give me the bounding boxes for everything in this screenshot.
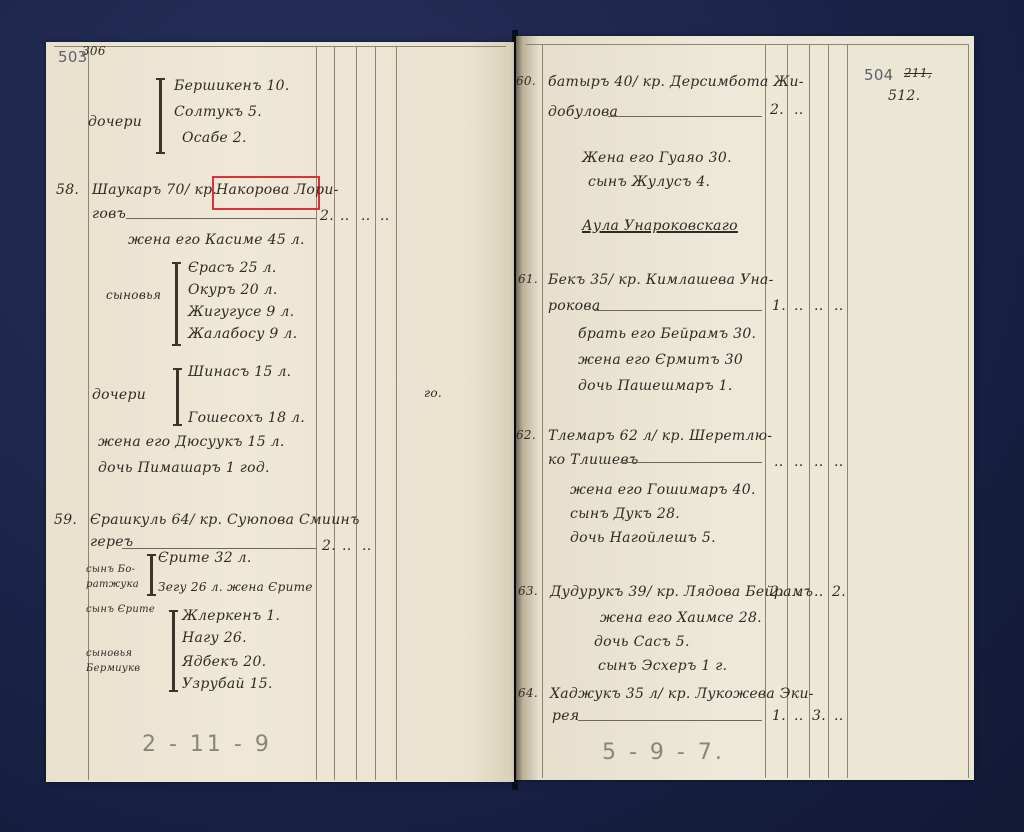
count-cell: .. xyxy=(794,298,804,314)
count-cell: 2. xyxy=(832,584,846,600)
count-cell: .. xyxy=(814,454,824,470)
entry-number: 58. xyxy=(56,182,79,198)
page-number-ink: 512. xyxy=(888,88,920,104)
family-member: жена его Єрмитъ 30 xyxy=(578,352,743,368)
family-member: Жигугусе 9 л. xyxy=(188,304,294,320)
right-margin-rule xyxy=(968,44,969,778)
count-cell: 2. xyxy=(770,102,784,118)
family-member: сынъ Дукъ 28. xyxy=(570,506,680,522)
count-cell: .. xyxy=(794,708,804,724)
top-rule xyxy=(526,44,968,45)
family-member: жена его Хаимсе 28. xyxy=(600,610,762,626)
group-label: дочери xyxy=(92,387,146,403)
entry-rule xyxy=(122,548,316,549)
section-heading: Аула Унароковскаго xyxy=(582,218,738,234)
family-member: Ядбекъ 20. xyxy=(182,654,266,670)
family-member: Єрите 32 л. xyxy=(158,550,252,566)
family-member: Єрасъ 25 л. xyxy=(188,260,277,276)
page-number-ink: 306 xyxy=(82,44,106,58)
family-member: Бершикенъ 10. xyxy=(174,78,290,94)
family-bracket xyxy=(172,610,175,692)
count-cell: .. xyxy=(794,454,804,470)
count-cell: .. xyxy=(794,102,804,118)
count-cell: 2. xyxy=(320,208,334,224)
entry-number: 61. xyxy=(518,272,538,286)
entry-head-cont: ко Тлишевъ xyxy=(548,452,639,468)
count-column-rule-2 xyxy=(787,44,788,778)
entry-rule xyxy=(594,310,762,311)
entry-head-highlighted: Накорова Лори- xyxy=(216,182,339,198)
group-label: сынъ Бо-ратжука xyxy=(86,562,146,592)
tally-footer: 5 - 9 - 7. xyxy=(602,740,725,765)
family-member: дочь Пашешмаръ 1. xyxy=(578,378,733,394)
count-cell: .. xyxy=(814,584,824,600)
count-column-rule-2 xyxy=(334,46,335,780)
family-bracket xyxy=(159,78,162,154)
family-member: Жлеркенъ 1. xyxy=(182,608,280,624)
count-column-rule-1 xyxy=(316,46,317,780)
count-cell: 1. xyxy=(772,708,786,724)
count-cell: 1. xyxy=(772,298,786,314)
count-column-rule-1 xyxy=(765,44,766,778)
family-member: Зегу 26 л. жена Єрите xyxy=(158,580,313,594)
family-member: Жалабосу 9 л. xyxy=(188,326,297,342)
tally-footer: 2 - 11 - 9 xyxy=(142,732,272,757)
entry-rule xyxy=(126,218,316,219)
count-cell: .. xyxy=(792,584,802,600)
entry-number: 63. xyxy=(518,584,538,598)
family-member: дочь Сасъ 5. xyxy=(594,634,690,650)
entry-head-cont: добулова xyxy=(548,104,618,120)
family-member: Гошесохъ 18 л. xyxy=(188,410,305,426)
entry-head: Бекъ 35/ кр. Кимлашева Уна- xyxy=(548,272,774,288)
family-member: жена его Гошимаръ 40. xyxy=(570,482,756,498)
count-column-rule-5 xyxy=(396,46,397,780)
top-rule xyxy=(54,46,506,47)
entry-rule xyxy=(608,116,762,117)
family-bracket xyxy=(176,368,179,426)
family-member: Окуръ 20 л. xyxy=(188,282,278,298)
count-cell: .. xyxy=(814,298,824,314)
entry-head: Єрашкуль 64/ кр. Суюпова Смиинъ xyxy=(90,512,360,528)
page-number-pencil: 504 xyxy=(864,66,894,84)
count-column-rule-5 xyxy=(847,44,848,778)
count-cell: .. xyxy=(380,208,390,224)
count-column-rule-4 xyxy=(828,44,829,778)
count-cell: .. xyxy=(362,538,372,554)
family-member: Жена его Гуаяо 30. xyxy=(582,150,732,166)
count-column-rule-3 xyxy=(356,46,357,780)
count-cell: .. xyxy=(340,208,350,224)
count-column-rule-3 xyxy=(809,44,810,778)
family-member: сынъ Жулусъ 4. xyxy=(588,174,710,190)
family-bracket xyxy=(150,554,153,596)
count-cell: .. xyxy=(834,708,844,724)
page-number-struck: 211, xyxy=(904,66,932,80)
count-cell: .. xyxy=(342,538,352,554)
count-cell: 3. xyxy=(812,708,826,724)
entry-number: 60. xyxy=(516,74,536,88)
margin-note: го. xyxy=(424,386,442,400)
entry-head: батыръ 40/ кр. Дерсимбота Жи- xyxy=(548,74,804,90)
family-member: Шинасъ 15 л. xyxy=(188,364,291,380)
family-member: Узрубай 15. xyxy=(182,676,273,692)
entry-head-cont: рокова xyxy=(548,298,600,314)
family-member: сынъ Эсхеръ 1 г. xyxy=(598,658,727,674)
right-page: 504 211, 512. 60. батыръ 40/ кр. Дерсимб… xyxy=(516,36,974,780)
count-column-rule-4 xyxy=(375,46,376,780)
family-member: брать его Бейрамъ 30. xyxy=(578,326,756,342)
entry-number: 59. xyxy=(54,512,77,528)
family-member: Нагу 26. xyxy=(182,630,247,646)
count-cell: .. xyxy=(834,454,844,470)
entry-head-cont: говъ xyxy=(92,206,126,222)
entry-head: Хаджукъ 35 л/ кр. Лукожева Эки- xyxy=(550,686,814,702)
family-member: сынъ Єрите xyxy=(86,604,155,615)
group-label: сыновья xyxy=(106,288,161,302)
family-member: жена его Дюсуукъ 15 л. xyxy=(98,434,285,450)
family-member: дочь Нагойлешъ 5. xyxy=(570,530,716,546)
entry-head: Тлемаръ 62 л/ кр. Шеретлю- xyxy=(548,428,772,444)
number-column-rule xyxy=(542,44,543,778)
count-cell: .. xyxy=(361,208,371,224)
entry-rule xyxy=(578,720,762,721)
family-bracket xyxy=(175,262,178,346)
count-cell: 2. xyxy=(322,538,336,554)
family-member: жена его Касиме 45 л. xyxy=(128,232,305,248)
count-cell: .. xyxy=(834,298,844,314)
entry-rule xyxy=(620,462,762,463)
group-label: дочери xyxy=(88,114,142,130)
entry-number: 64. xyxy=(518,686,538,700)
left-page: 503 306 дочери Бершикенъ 10. Солтукъ 5. … xyxy=(46,42,514,782)
entry-head: Шаукаръ 70/ кр. xyxy=(92,182,217,198)
entry-number: 62. xyxy=(516,428,536,442)
group-label: сыновья Бермиукв xyxy=(86,646,166,676)
count-cell: .. xyxy=(774,454,784,470)
family-member: дочь Пимашаръ 1 год. xyxy=(98,460,270,476)
entry-head-cont: рея xyxy=(552,708,579,724)
family-member: Солтукъ 5. xyxy=(174,104,262,120)
count-cell: 2. xyxy=(770,584,784,600)
family-member: Осабе 2. xyxy=(182,130,247,146)
